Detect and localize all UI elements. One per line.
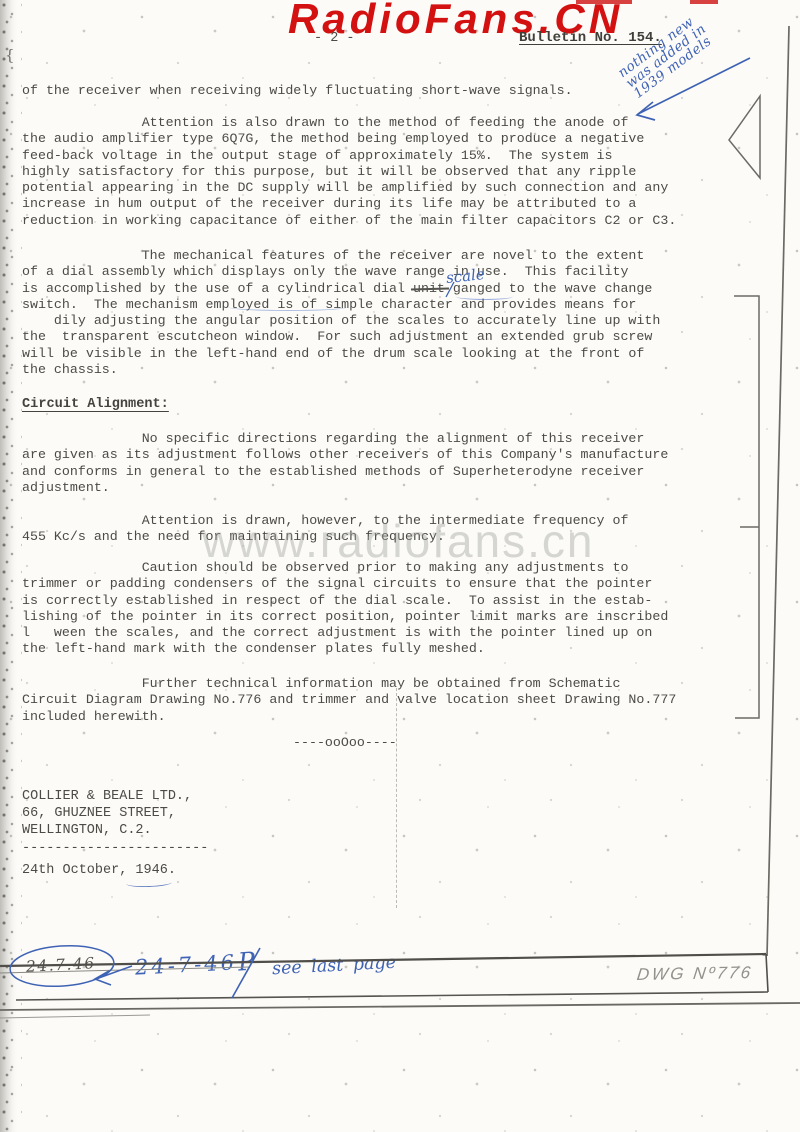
pencil-triangle-mark	[729, 96, 760, 178]
paragraph-further-information: Further technical information may be obt…	[22, 676, 676, 725]
company-address-block: COLLIER & BEALE LTD., 66, GHUZNEE STREET…	[22, 788, 208, 857]
paragraph-mechanical-features: The mechanical features of the receiver …	[22, 248, 660, 378]
section-heading-circuit-alignment: Circuit Alignment:	[22, 397, 169, 412]
site-watermark: www.radiofans.cn	[202, 514, 595, 568]
ink-underline-1946	[126, 878, 172, 888]
paragraph-audio-amplifier: Attention is also drawn to the method of…	[22, 115, 676, 229]
paragraph-caution-pointer: Caution should be observed prior to maki…	[22, 560, 668, 658]
pencil-margin-mark: {	[5, 46, 15, 64]
scan-edge-speckle	[0, 0, 22, 1132]
page-number: - 2 -	[314, 31, 355, 46]
page-edge-line	[767, 26, 789, 956]
drawing-number-label: DWG Nº776	[636, 963, 754, 985]
pencil-margin-bracket	[734, 296, 759, 718]
document-date: 24th October, 1946.	[22, 863, 176, 878]
scan-edge-shadow	[0, 0, 17, 1132]
bulletin-number: Bulletin No. 154.	[519, 30, 662, 46]
scan-artifact-red	[690, 0, 718, 4]
pencil-date-stamp: 24.7.46	[26, 954, 97, 976]
ink-mark-employed	[228, 303, 348, 311]
handwritten-see-last-page: see last page	[272, 953, 397, 979]
handwritten-note-top-right: nothing new was added in 1939 models	[616, 12, 716, 101]
paragraph-shortwave: of the receiver when receiving widely fl…	[22, 83, 573, 99]
paper-crease-line	[396, 688, 397, 908]
end-separator: ----ooOoo----	[293, 735, 397, 750]
ink-mark-ganged	[456, 293, 513, 300]
scanned-bulletin-page: RadioFans.CN - 2 - Bulletin No. 154. of …	[0, 0, 800, 1132]
handwritten-initial: P	[237, 946, 256, 976]
handwritten-date: 24-7-46	[134, 950, 237, 979]
paragraph-alignment: No specific directions regarding the ali…	[22, 431, 668, 496]
